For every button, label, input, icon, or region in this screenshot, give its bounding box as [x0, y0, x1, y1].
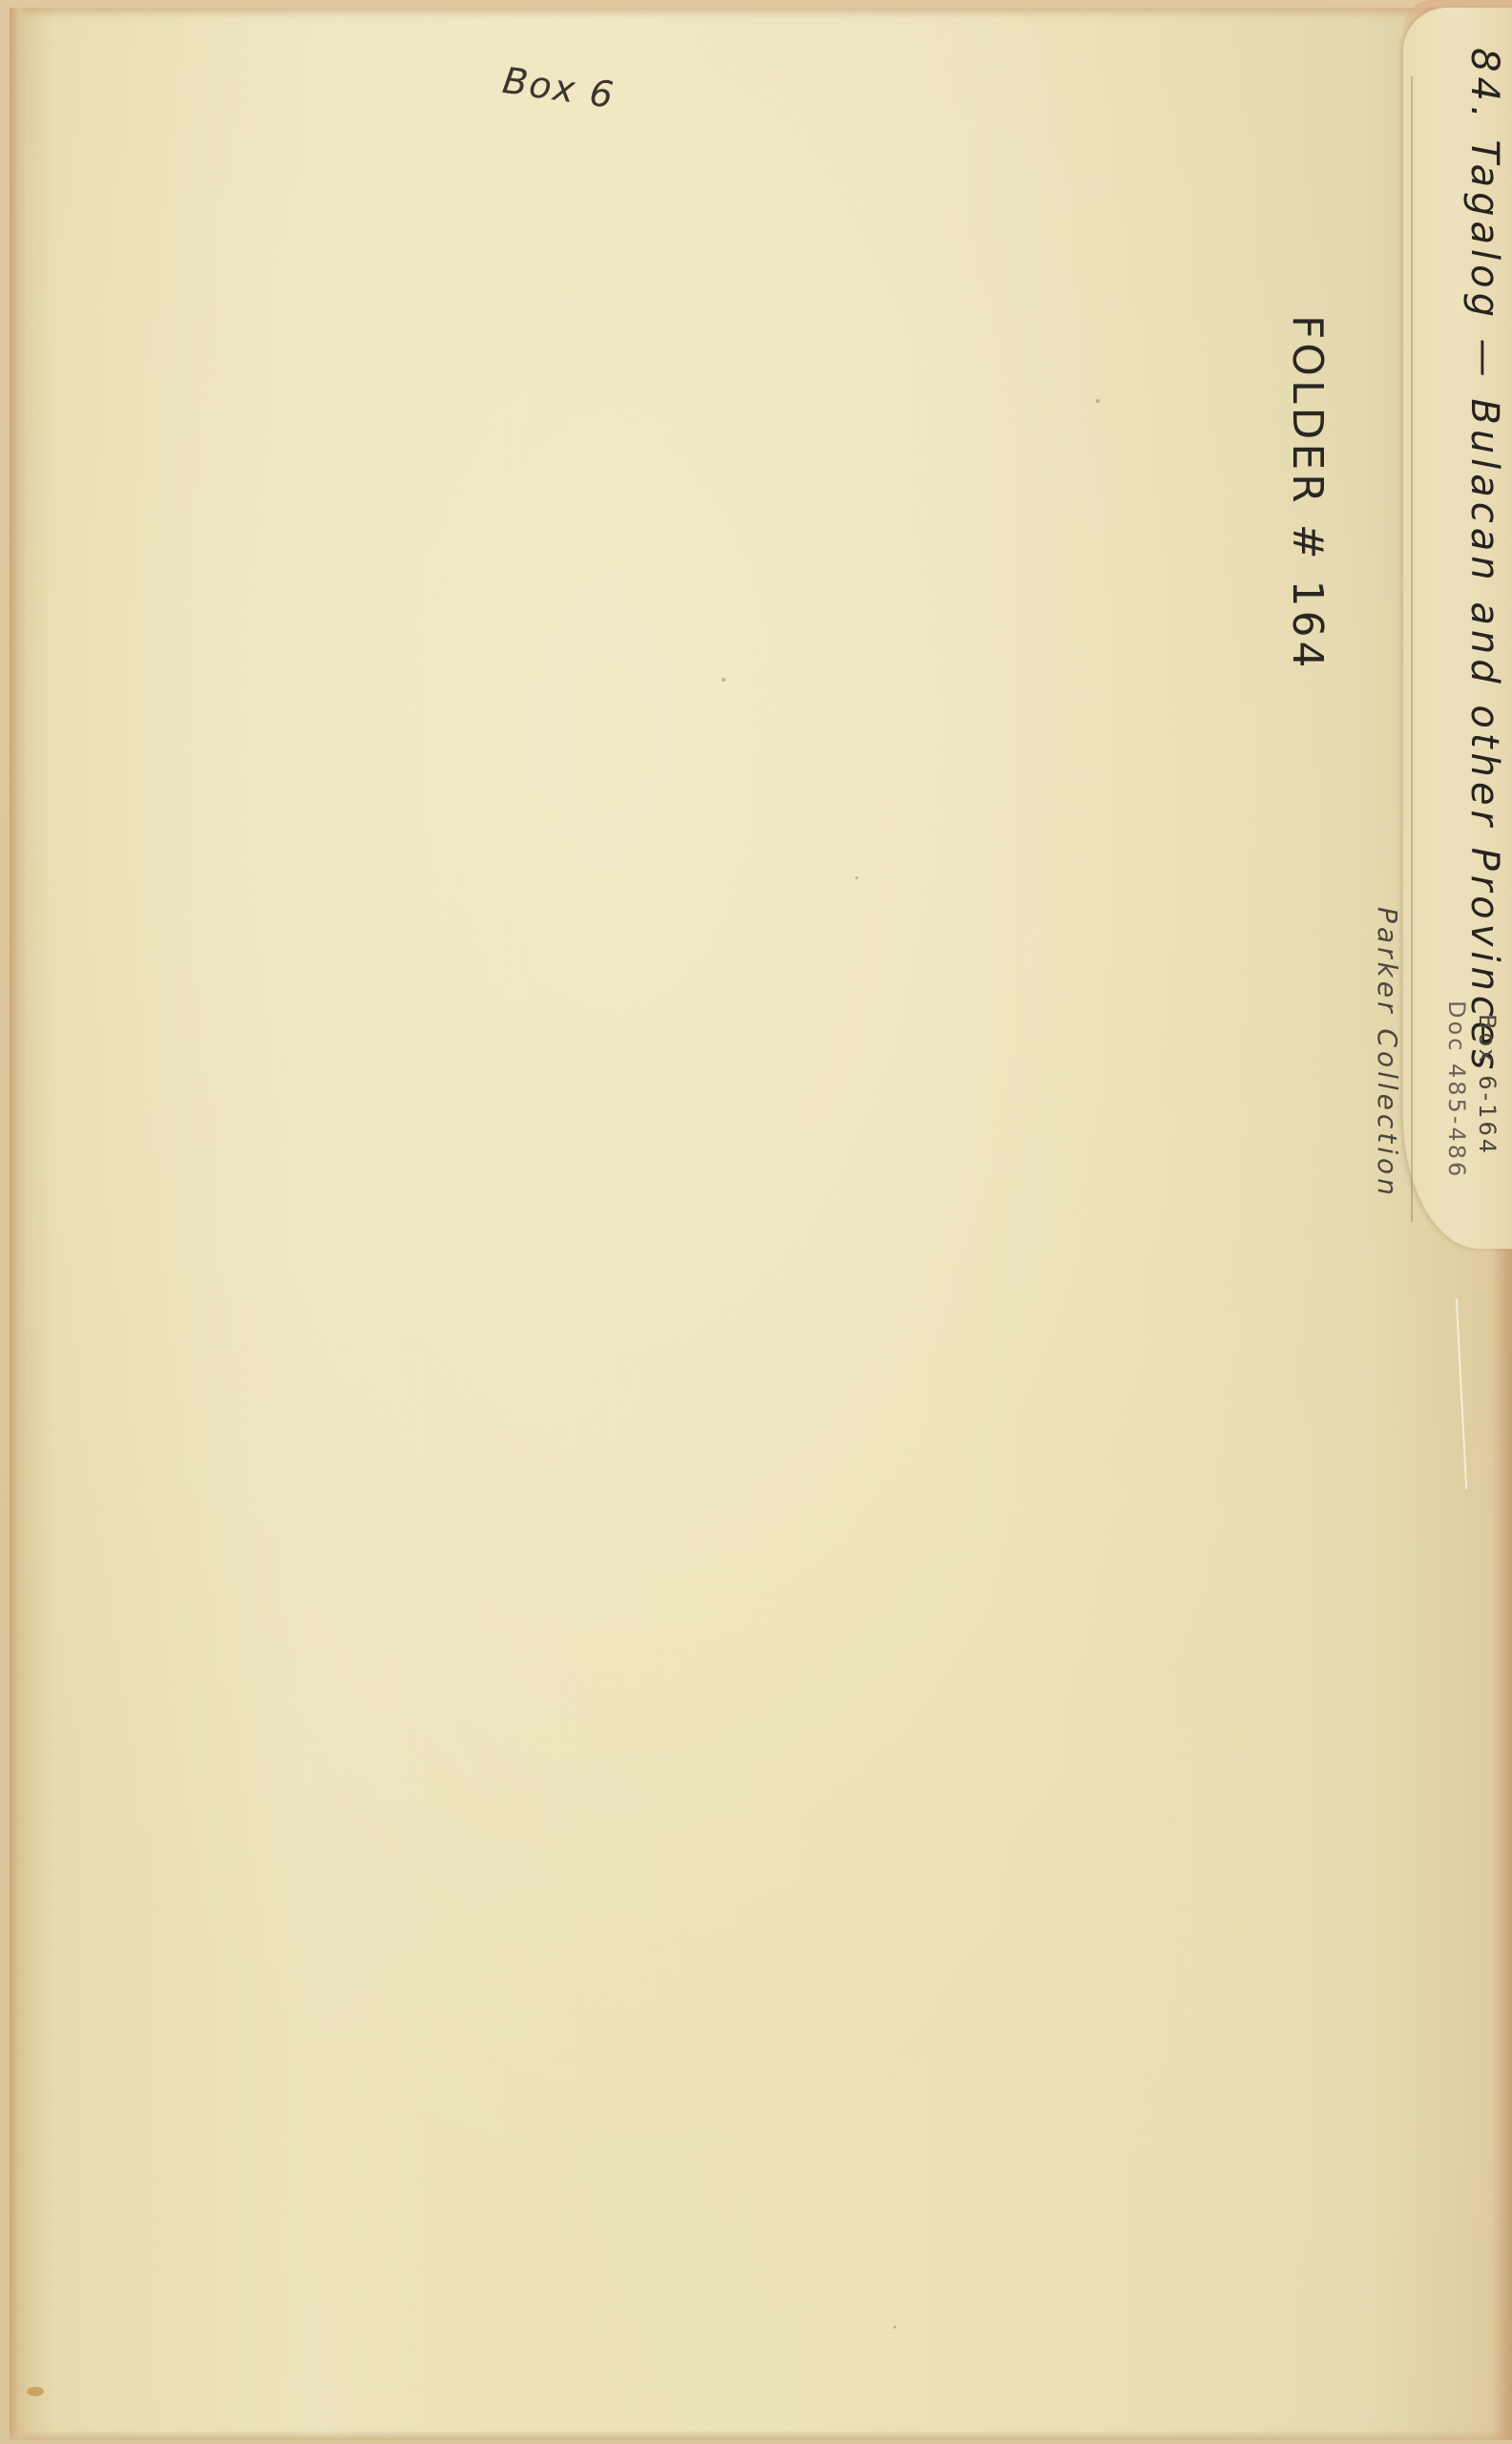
folder-right-edge: [1491, 1249, 1512, 2440]
folder-number: FOLDER # 164: [1283, 315, 1332, 672]
speck: [893, 2326, 896, 2328]
collection-label: Parker Collection: [1372, 907, 1403, 1199]
speck: [855, 876, 858, 879]
speck: [722, 678, 725, 682]
scanned-document: Box 6 FOLDER # 164 84. Tagalog — Bulacan…: [0, 0, 1512, 2444]
folder-left-edge: [10, 8, 27, 2440]
stain-mark: [27, 2387, 44, 2396]
tab-edge-line: [1411, 76, 1413, 1222]
tab-doc-reference: Doc 485-486: [1443, 1001, 1470, 1179]
speck: [1096, 399, 1100, 403]
tab-title: 84. Tagalog — Bulacan and other Province…: [1462, 48, 1506, 1074]
tab-box-reference: Box 6-164: [1474, 1014, 1501, 1156]
folder-bottom-edge: [10, 2431, 1512, 2440]
